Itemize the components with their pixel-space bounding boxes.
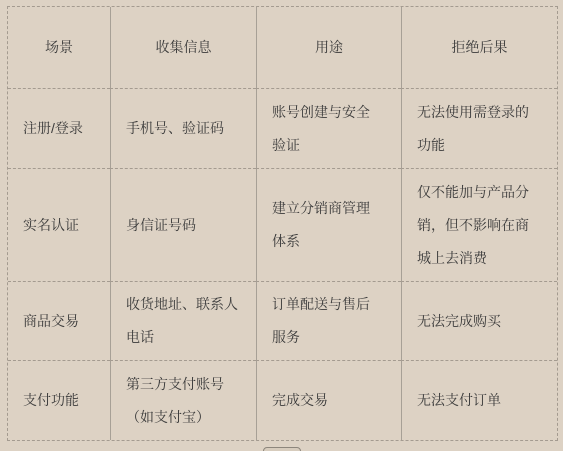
column-header-purpose: 用途: [256, 7, 401, 88]
table-header-row: 场景 收集信息 用途 拒绝后果: [8, 7, 557, 88]
column-header-collected-info: 收集信息: [110, 7, 256, 88]
table-row-payment-function: 支付功能 第三方支付账号 （如支付宝） 完成交易 无法支付订单: [8, 360, 557, 440]
cell-purpose: 完成交易: [256, 360, 401, 440]
cell-refusal-consequence: 无法完成购买: [401, 281, 557, 360]
cell-scenario: 商品交易: [8, 281, 110, 360]
cell-refusal-consequence: 无法支付订单: [401, 360, 557, 440]
table-row-register-login: 注册/登录 手机号、验证码 账号创建与安全 验证 无法使用需登录的 功能: [8, 88, 557, 168]
cell-collected-info: 手机号、验证码: [110, 88, 256, 168]
cell-scenario: 实名认证: [8, 168, 110, 281]
column-header-scenario: 场景: [8, 7, 110, 88]
cell-scenario: 注册/登录: [8, 88, 110, 168]
cell-purpose: 订单配送与售后 服务: [256, 281, 401, 360]
cell-collected-info: 身信证号码: [110, 168, 256, 281]
cell-refusal-consequence: 仅不能加与产品分 销，但不影响在商 城上去消费: [401, 168, 557, 281]
cell-refusal-consequence: 无法使用需登录的 功能: [401, 88, 557, 168]
cell-purpose: 建立分销商管理 体系: [256, 168, 401, 281]
cell-collected-info: 第三方支付账号 （如支付宝）: [110, 360, 256, 440]
cell-purpose: 账号创建与安全 验证: [256, 88, 401, 168]
column-header-refusal-consequence: 拒绝后果: [401, 7, 557, 88]
cell-scenario: 支付功能: [8, 360, 110, 440]
data-collection-table: 场景 收集信息 用途 拒绝后果 注册/登录 手机号、验证码 账号创建与安全 验证…: [7, 6, 558, 441]
table-row-real-name-auth: 实名认证 身信证号码 建立分销商管理 体系 仅不能加与产品分 销，但不影响在商 …: [8, 168, 557, 281]
table-row-goods-transaction: 商品交易 收货地址、联系人 电话 订单配送与售后 服务 无法完成购买: [8, 281, 557, 360]
partial-bottom-button[interactable]: [263, 447, 301, 451]
cell-collected-info: 收货地址、联系人 电话: [110, 281, 256, 360]
